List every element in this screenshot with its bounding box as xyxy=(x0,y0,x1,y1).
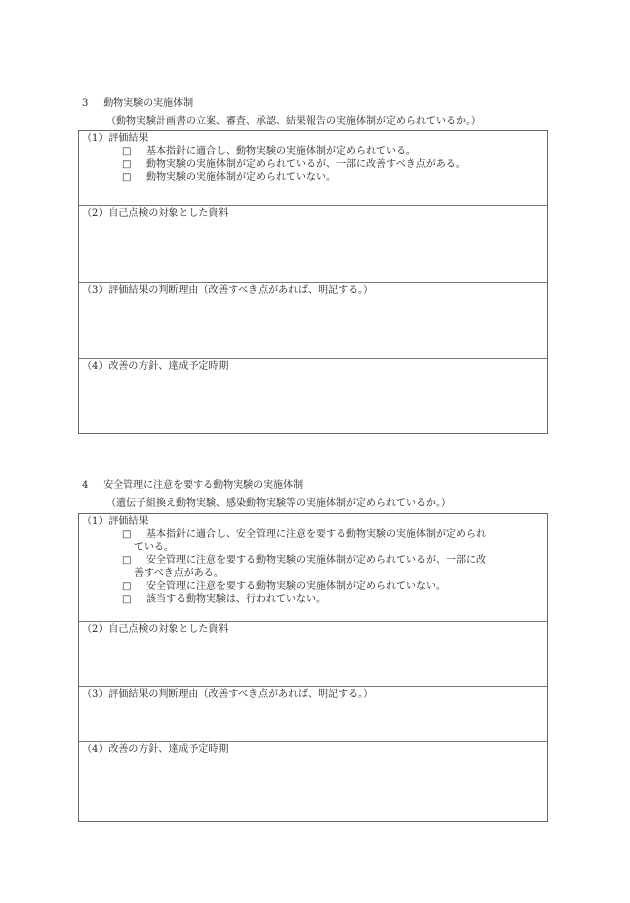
section-number: 3 xyxy=(82,97,100,110)
evaluation-option[interactable]: □ 安全管理に注意を要する動物実験の実施体制が定められていない。 xyxy=(82,580,547,593)
option-text: 該当する動物実験は、行われていない。 xyxy=(124,593,541,606)
evaluation-option[interactable]: □ 該当する動物実験は、行われていない。 xyxy=(82,593,547,606)
section-title-text: 動物実験の実施体制 xyxy=(103,98,193,109)
evaluation-options: □ 基本指針に適合し、安全管理に注意を要する動物実験の実施体制が定められ ている… xyxy=(82,528,547,606)
option-text-continued: 善すべき点がある。 xyxy=(124,567,541,580)
evaluation-option[interactable]: □ 安全管理に注意を要する動物実験の実施体制が定められているが、一部に改 善すべ… xyxy=(82,554,547,580)
cell-label: （4）改善の方針、達成予定時期 xyxy=(82,743,547,756)
option-text: 安全管理に注意を要する動物実験の実施体制が定められているが、一部に改 xyxy=(124,554,541,567)
section-4-evaluation-table: （1）評価結果 □ 基本指針に適合し、安全管理に注意を要する動物実験の実施体制が… xyxy=(78,513,548,822)
materials-cell[interactable]: （2）自己点検の対象とした資料 xyxy=(79,205,547,282)
section-4-heading: 4 安全管理に注意を要する動物実験の実施体制 xyxy=(82,479,303,492)
cell-label: （1）評価結果 xyxy=(82,515,547,528)
cell-label: （4）改善の方針、達成予定時期 xyxy=(82,360,547,373)
reason-cell[interactable]: （3）評価結果の判断理由（改善すべき点があれば、明記する。） xyxy=(79,282,547,358)
evaluation-result-cell: （1）評価結果 □ 基本指針に適合し、動物実験の実施体制が定められている。 □ … xyxy=(79,131,547,205)
section-4-subtitle: （遺伝子組換え動物実験、感染動物実験等の実施体制が定められているか。） xyxy=(106,497,451,510)
evaluation-option[interactable]: □ 基本指針に適合し、安全管理に注意を要する動物実験の実施体制が定められ ている… xyxy=(82,528,547,554)
evaluation-option[interactable]: □ 基本指針に適合し、動物実験の実施体制が定められている。 xyxy=(82,145,547,158)
section-number: 4 xyxy=(82,479,100,492)
cell-label: （2）自己点検の対象とした資料 xyxy=(82,623,547,636)
section-3-subtitle: （動物実験計画書の立案、審査、承認、結果報告の実施体制が定められているか。） xyxy=(106,115,481,128)
section-3-evaluation-table: （1）評価結果 □ 基本指針に適合し、動物実験の実施体制が定められている。 □ … xyxy=(78,130,548,434)
option-text: 基本指針に適合し、動物実験の実施体制が定められている。 xyxy=(124,145,541,158)
improvement-plan-cell[interactable]: （4）改善の方針、達成予定時期 xyxy=(79,741,547,821)
checkbox-icon[interactable]: □ xyxy=(122,145,136,158)
evaluation-options: □ 基本指針に適合し、動物実験の実施体制が定められている。 □ 動物実験の実施体… xyxy=(82,145,547,184)
evaluation-option[interactable]: □ 動物実験の実施体制が定められているが、一部に改善すべき点がある。 xyxy=(82,158,547,171)
section-title-text: 安全管理に注意を要する動物実験の実施体制 xyxy=(103,480,303,491)
materials-cell[interactable]: （2）自己点検の対象とした資料 xyxy=(79,621,547,686)
checkbox-icon[interactable]: □ xyxy=(122,528,136,541)
option-text: 動物実験の実施体制が定められているが、一部に改善すべき点がある。 xyxy=(124,158,541,171)
checkbox-icon[interactable]: □ xyxy=(122,171,136,184)
improvement-plan-cell[interactable]: （4）改善の方針、達成予定時期 xyxy=(79,358,547,433)
cell-label: （3）評価結果の判断理由（改善すべき点があれば、明記する。） xyxy=(82,284,547,297)
reason-cell[interactable]: （3）評価結果の判断理由（改善すべき点があれば、明記する。） xyxy=(79,686,547,741)
cell-label: （2）自己点検の対象とした資料 xyxy=(82,207,547,220)
option-text: 動物実験の実施体制が定められていない。 xyxy=(124,171,541,184)
checkbox-icon[interactable]: □ xyxy=(122,158,136,171)
checkbox-icon[interactable]: □ xyxy=(122,554,136,567)
evaluation-result-cell: （1）評価結果 □ 基本指針に適合し、安全管理に注意を要する動物実験の実施体制が… xyxy=(79,514,547,621)
section-3-heading: 3 動物実験の実施体制 xyxy=(82,97,193,110)
cell-label: （3）評価結果の判断理由（改善すべき点があれば、明記する。） xyxy=(82,688,547,701)
option-text: 基本指針に適合し、安全管理に注意を要する動物実験の実施体制が定められ xyxy=(124,528,541,541)
checkbox-icon[interactable]: □ xyxy=(122,580,136,593)
evaluation-option[interactable]: □ 動物実験の実施体制が定められていない。 xyxy=(82,171,547,184)
cell-label: （1）評価結果 xyxy=(82,132,547,145)
option-text-continued: ている。 xyxy=(124,541,541,554)
checkbox-icon[interactable]: □ xyxy=(122,593,136,606)
option-text: 安全管理に注意を要する動物実験の実施体制が定められていない。 xyxy=(124,580,541,593)
